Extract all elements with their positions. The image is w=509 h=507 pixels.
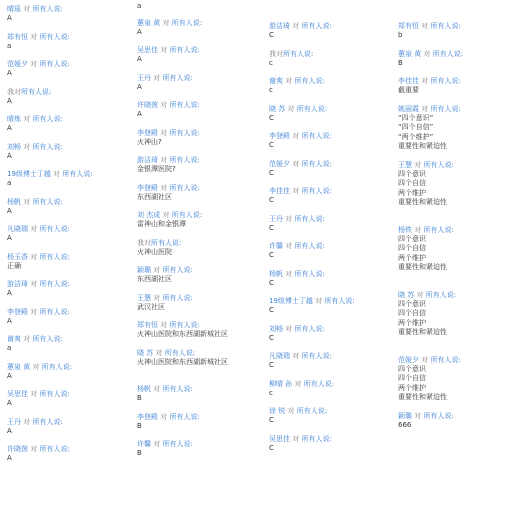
recipient-all[interactable]: 所有人说: (430, 77, 460, 85)
to-label: 对 (414, 412, 421, 420)
to-label: 对 (14, 88, 21, 96)
sender-name[interactable]: 郑有恒 (398, 22, 419, 30)
to-label: 对 (292, 435, 299, 443)
recipient-all[interactable]: 所有人说: (39, 390, 69, 398)
sender-name[interactable]: 吴思佳 (137, 46, 158, 54)
to-label: 对 (153, 440, 160, 448)
message-text: 重要性和紧迫性 (398, 142, 463, 152)
sender-name[interactable]: 柳晴 孙 (269, 380, 292, 388)
chat-message: 刘畅 对 所有人说:A (7, 143, 93, 162)
message-header: 李登殿 对 所有人说: (137, 129, 228, 138)
recipient-all[interactable]: 所有人说: (39, 60, 69, 68)
recipient-all[interactable]: 所有人说: (433, 50, 463, 58)
recipient-all[interactable]: 所有人说: (62, 170, 92, 178)
to-label: 对 (292, 160, 299, 168)
message-header: 游洁琦 对 所有人说: (269, 22, 355, 31)
message-text: C (269, 334, 355, 344)
recipient-all[interactable]: 所有人说: (423, 226, 453, 234)
recipient-all[interactable]: 所有人说: (294, 270, 324, 278)
recipient-all[interactable]: 所有人说: (32, 418, 62, 426)
recipient-all[interactable]: 所有人说: (162, 294, 192, 302)
sender-name[interactable]: 王丹 (269, 215, 283, 223)
message-header: 吴思佳 对 所有人说: (269, 435, 355, 444)
sender-name[interactable]: 杨帆 (137, 385, 151, 393)
sender-name[interactable]: 杨铁 (398, 226, 412, 234)
to-label: 对 (30, 445, 37, 453)
message-text: A (7, 289, 93, 299)
message-header: 蕙泉 黄 对 所有人说: (137, 19, 228, 28)
sender-name[interactable]: 许馨 (137, 440, 151, 448)
recipient-all[interactable]: 所有人说: (172, 19, 202, 27)
message-header: 李登殿 对 所有人说: (7, 308, 93, 317)
message-text: 火神山医院和东西湖新城社区 (137, 330, 228, 340)
message-header: 吴思佳 对 所有人说: (137, 46, 228, 55)
recipient-all[interactable]: 所有人说: (39, 33, 69, 41)
chat-message: 范娅夕 对 所有人说:A (7, 60, 93, 79)
message-header: 吴思佳 对 所有人说: (7, 390, 93, 399)
to-label: 对 (23, 335, 30, 343)
message-text: 四个自信 (398, 244, 463, 254)
recipient-all[interactable]: 所有人说: (430, 356, 460, 364)
chat-message: 王慧 对 所有人说:四个意识四个自信两个维护重要性和紧迫性 (398, 161, 463, 208)
sender-name[interactable]: 范娅夕 (398, 356, 419, 364)
to-label: 对 (153, 385, 160, 393)
to-label: 对 (153, 74, 160, 82)
recipient-all[interactable]: 所有人说: (169, 184, 199, 192)
recipient-all[interactable]: 所有人说: (304, 380, 334, 388)
sender-name[interactable]: 李佳佳 (269, 187, 290, 195)
sender-name[interactable]: 谢爽 (7, 335, 21, 343)
sender-name[interactable]: 范娅夕 (7, 60, 28, 68)
message-text: c (269, 86, 355, 96)
message-text: a (137, 2, 228, 12)
recipient-all[interactable]: 所有人说: (301, 22, 331, 30)
sender-name[interactable]: 范娅夕 (269, 160, 290, 168)
message-text: A (7, 234, 93, 244)
sender-name[interactable]: 王丹 (137, 74, 151, 82)
sender-name[interactable]: 颖璐 (398, 412, 412, 420)
sender-name[interactable]: 晴炼 (7, 115, 21, 123)
sender-name[interactable]: 颖璐 (137, 266, 151, 274)
message-text: C (269, 114, 355, 124)
recipient-all[interactable]: 所有人说: (283, 50, 313, 58)
chat-message: 王丹 对 所有人说:A (7, 418, 93, 437)
message-header: 许晓茵 对 所有人说: (7, 445, 93, 454)
message-header: 王丹 对 所有人说: (7, 418, 93, 427)
recipient-all[interactable]: 所有人说: (294, 325, 324, 333)
message-text: B (137, 422, 228, 432)
to-label: 对 (285, 270, 292, 278)
sender-name[interactable]: 晓 苏 (398, 291, 414, 299)
to-label: 对 (292, 22, 299, 30)
message-text: A (7, 14, 93, 24)
chat-message: 凡晓瑞 对 所有人说:A (7, 225, 93, 244)
message-header: 郑有恒 对 所有人说: (7, 33, 93, 42)
chat-message: 李登殿 对 所有人说:东西湖社区 (137, 184, 228, 203)
chat-message: 许馨 对 所有人说:B (137, 440, 228, 459)
to-label: 对 (162, 19, 169, 27)
recipient-all[interactable]: 所有人说: (423, 412, 453, 420)
sender-name[interactable]: 李登殿 (7, 308, 28, 316)
to-label: 对 (32, 363, 39, 371)
to-label: 对 (30, 33, 37, 41)
chat-message: 晓 苏 对 所有人说:火神山医院和东西湖新城社区 (137, 349, 228, 368)
chat-message: 谢爽 对 所有人说:a (7, 335, 93, 354)
recipient-all[interactable]: 所有人说: (39, 253, 69, 261)
sender-name[interactable]: 李登殿 (137, 413, 158, 421)
to-label: 对 (162, 211, 169, 219)
message-text: 雷神山和金银潭 (137, 220, 228, 230)
recipient-all[interactable]: 所有人说: (32, 5, 62, 13)
message-text: 两个维护 (398, 189, 463, 199)
message-header: 19级博士丁越 对 所有人说: (269, 297, 355, 306)
to-label: 对 (30, 390, 37, 398)
sender-name[interactable]: 凡晓瑞 (269, 352, 290, 360)
chat-message: 我对所有人说:c (269, 50, 355, 69)
chat-message: 蕙泉 黄 对 所有人说:A (137, 19, 228, 38)
message-header: 谢爽 对 所有人说: (269, 77, 355, 86)
message-header: 刘畅 对 所有人说: (7, 143, 93, 152)
message-text: A (7, 399, 93, 409)
to-label: 对 (160, 101, 167, 109)
message-text: A (137, 55, 228, 65)
sender-name[interactable]: 19级博士丁越 (269, 297, 313, 305)
recipient-all[interactable]: 所有人说: (172, 211, 202, 219)
sender-name[interactable]: 徐 锐 (269, 407, 285, 415)
to-label: 对 (287, 105, 294, 113)
sender-name[interactable]: 游洁琦 (137, 156, 158, 164)
chat-message: 游洁琦 对 所有人说:金银潭医院? (137, 156, 228, 175)
recipient-all[interactable]: 所有人说: (294, 77, 324, 85)
recipient-all[interactable]: 所有人说: (169, 129, 199, 137)
recipient-all[interactable]: 所有人说: (39, 280, 69, 288)
message-text: 四个意识 (398, 300, 463, 310)
recipient-all[interactable]: 所有人说: (169, 156, 199, 164)
to-label: 对 (423, 50, 430, 58)
sender-name: 我 (137, 239, 144, 247)
to-label: 对 (23, 115, 30, 123)
recipient-all[interactable]: 所有人说: (165, 349, 195, 357)
recipient-all[interactable]: 所有人说: (169, 321, 199, 329)
message-header: 杨玉香 对 所有人说: (7, 253, 93, 262)
message-header: 晓 苏 对 所有人说: (269, 105, 355, 114)
sender-name: 我 (7, 88, 14, 96)
to-label: 对 (160, 129, 167, 137)
recipient-all[interactable]: 所有人说: (169, 101, 199, 109)
chat-message: 郑有恒 对 所有人说:火神山医院和东西湖新城社区 (137, 321, 228, 340)
sender-name[interactable]: 李登殿 (137, 129, 158, 137)
sender-name[interactable]: 游洁琦 (7, 280, 28, 288)
message-text: C (269, 251, 355, 261)
chat-message: 19级博士丁越 对 所有人说:C (269, 297, 355, 316)
recipient-all[interactable]: 所有人说: (32, 198, 62, 206)
sender-name[interactable]: 刘 杰成 (137, 211, 160, 219)
sender-name[interactable]: 王慧 (137, 294, 151, 302)
message-header: 凡晓瑞 对 所有人说: (7, 225, 93, 234)
message-text: 四个自信 (398, 374, 463, 384)
chat-message: 吴思佳 对 所有人说:C (269, 435, 355, 454)
message-header: 晓 苏 对 所有人说: (137, 349, 228, 358)
message-text: A (7, 427, 93, 437)
message-header: 李登殿 对 所有人说: (137, 184, 228, 193)
to-label: 对 (160, 413, 167, 421)
message-text: C (269, 141, 355, 151)
chat-message: 王慧 对 所有人说:武汉社区 (137, 294, 228, 313)
chat-message: 许晓茵 对 所有人说:A (137, 101, 228, 120)
chat-column-3: 游洁琦 对 所有人说:C我对所有人说:c谢爽 对 所有人说:c晓 苏 对 所有人… (269, 22, 355, 462)
recipient-all[interactable]: 所有人说: (162, 74, 192, 82)
chat-message: 范娅夕 对 所有人说:C (269, 160, 355, 179)
chat-column-2: a蕙泉 黄 对 所有人说:A吴思佳 对 所有人说:A王丹 对 所有人说:A许晓茵… (137, 2, 228, 468)
recipient-all[interactable]: 所有人说: (301, 132, 331, 140)
chat-message: 李登殿 对 所有人说:A (7, 308, 93, 327)
recipient-all[interactable]: 所有人说: (162, 385, 192, 393)
chat-message: 晴炼 对 所有人说:A (7, 115, 93, 134)
to-label: 对 (285, 77, 292, 85)
message-text: A (7, 69, 93, 79)
chat-message: 颖璐 对 所有人说:东西湖社区 (137, 266, 228, 285)
message-header: 许馨 对 所有人说: (269, 242, 355, 251)
sender-name[interactable]: 许晓茵 (7, 445, 28, 453)
sender-name[interactable]: 王丹 (7, 418, 21, 426)
recipient-all[interactable]: 所有人说: (169, 46, 199, 54)
recipient-all[interactable]: 所有人说: (169, 413, 199, 421)
sender-name[interactable]: 吴思佳 (7, 390, 28, 398)
sender-name[interactable]: 吴思佳 (269, 435, 290, 443)
recipient-all[interactable]: 所有人说: (42, 363, 72, 371)
message-header: 刘畅 对 所有人说: (269, 325, 355, 334)
message-text: C (269, 31, 355, 41)
to-label: 对 (23, 418, 30, 426)
to-label: 对 (414, 161, 421, 169)
message-header: 19级博士丁越 对 所有人说: (7, 170, 93, 179)
message-text: A (7, 372, 93, 382)
message-header: 范娅夕 对 所有人说: (269, 160, 355, 169)
recipient-all[interactable]: 所有人说: (32, 115, 62, 123)
sender-name[interactable]: 蕙泉 黄 (398, 50, 421, 58)
chat-message: 许馨 对 所有人说:C (269, 242, 355, 261)
sender-name[interactable]: 许晓茵 (137, 101, 158, 109)
to-label: 对 (416, 291, 423, 299)
message-text: “四个自信” (398, 123, 463, 133)
message-header: 凡晓瑞 对 所有人说: (269, 352, 355, 361)
message-header: 杨帆 对 所有人说: (137, 385, 228, 394)
recipient-all[interactable]: 所有人说: (430, 22, 460, 30)
recipient-all[interactable]: 所有人说: (324, 297, 354, 305)
message-text: C (269, 416, 355, 426)
to-label: 对 (292, 187, 299, 195)
sender-name[interactable]: 谢爽 (269, 77, 283, 85)
chat-message: 刘畅 对 所有人说:C (269, 325, 355, 344)
chat-message: 晓 苏 对 所有人说:四个意识四个自信两个维护重要性和紧迫性 (398, 291, 463, 338)
message-text: 火神山医院 (137, 248, 228, 258)
recipient-all[interactable]: 所有人说: (32, 143, 62, 151)
recipient-all[interactable]: 所有人说: (39, 445, 69, 453)
to-label: 对 (23, 143, 30, 151)
chat-message: 游洁琦 对 所有人说:A (7, 280, 93, 299)
to-label: 对 (30, 225, 37, 233)
message-header: 我对所有人说: (137, 239, 228, 248)
to-label: 对 (155, 349, 162, 357)
message-header: 杨帆 对 所有人说: (269, 270, 355, 279)
message-text: A (7, 152, 93, 162)
sender-name[interactable]: 许馨 (269, 242, 283, 250)
chat-message: 范娅夕 对 所有人说:四个意识四个自信两个维护重要性和紧迫性 (398, 356, 463, 403)
message-text: C (269, 169, 355, 179)
recipient-all[interactable]: 所有人说: (294, 215, 324, 223)
sender-name[interactable]: 蕙泉 黄 (7, 363, 30, 371)
message-text: A (137, 28, 228, 38)
message-text: A (7, 317, 93, 327)
recipient-all[interactable]: 所有人说: (301, 352, 331, 360)
recipient-all[interactable]: 所有人说: (39, 308, 69, 316)
recipient-all[interactable]: 所有人说: (297, 105, 327, 113)
sender-name[interactable]: 凡晓瑞 (7, 225, 28, 233)
to-label: 对 (294, 380, 301, 388)
sender-name[interactable]: 姚丽霞 (398, 105, 419, 113)
message-text: c (269, 389, 355, 399)
sender-name[interactable]: 晓 苏 (269, 105, 285, 113)
message-header: 王慧 对 所有人说: (398, 161, 463, 170)
message-header: 我对所有人说: (7, 88, 93, 97)
to-label: 对 (53, 170, 60, 178)
recipient-all[interactable]: 所有人说: (294, 242, 324, 250)
message-text: C (269, 196, 355, 206)
message-text: B (137, 449, 228, 459)
to-label: 对 (160, 184, 167, 192)
message-header: 徐 锐 对 所有人说: (269, 407, 355, 416)
sender-name[interactable]: 李登殿 (137, 184, 158, 192)
chat-message: 吴思佳 对 所有人说:A (7, 390, 93, 409)
to-label: 对 (153, 294, 160, 302)
chat-message: 凡晓瑞 对 所有人说:C (269, 352, 355, 371)
chat-message: 游洁琦 对 所有人说:C (269, 22, 355, 41)
chat-message: 姚丽霞 对 所有人说:“四个意识”“四个自信”“两个维护”重要性和紧迫性 (398, 105, 463, 152)
message-text: B (137, 394, 228, 404)
message-header: 许晓茵 对 所有人说: (137, 101, 228, 110)
to-label: 对 (30, 253, 37, 261)
message-header: 范娅夕 对 所有人说: (398, 356, 463, 365)
to-label: 对 (285, 325, 292, 333)
chat-message: 王丹 对 所有人说:A (137, 74, 228, 93)
recipient-all[interactable]: 所有人说: (426, 291, 456, 299)
message-text: 四个意识 (398, 170, 463, 180)
message-text: c (269, 59, 355, 69)
sender-name[interactable]: 刘畅 (7, 143, 21, 151)
message-text: 重要性和紧迫性 (398, 198, 463, 208)
chat-column-1: 晴瑶 对 所有人说:A郑有恒 对 所有人说:a范娅夕 对 所有人说:A我对所有人… (7, 5, 93, 473)
chat-message: 杨帆 对 所有人说:C (269, 270, 355, 289)
chat-message: 杨帆 对 所有人说:B (137, 385, 228, 404)
message-text: 东西湖社区 (137, 275, 228, 285)
message-header: 李登殿 对 所有人说: (137, 413, 228, 422)
recipient-all[interactable]: 所有人说: (39, 225, 69, 233)
to-label: 对 (30, 280, 37, 288)
message-text: 两个维护 (398, 254, 463, 264)
sender-name[interactable]: 晴瑶 (7, 5, 21, 13)
message-text: A (7, 454, 93, 464)
to-label: 对 (160, 46, 167, 54)
chat-message: 李登殿 对 所有人说:B (137, 413, 228, 432)
chat-message: 杨铁 对 所有人说:四个意识四个自信两个维护重要性和紧迫性 (398, 226, 463, 273)
message-header: 李佳佳 对 所有人说: (269, 187, 355, 196)
message-header: 游洁琦 对 所有人说: (137, 156, 228, 165)
sender-name[interactable]: 19级博士丁越 (7, 170, 51, 178)
chat-message: 吴思佳 对 所有人说:A (137, 46, 228, 65)
to-label: 对 (160, 321, 167, 329)
chat-message: 晓 苏 对 所有人说:C (269, 105, 355, 124)
sender-name[interactable]: 游洁琦 (269, 22, 290, 30)
chat-message: 李登殿 对 所有人说:C (269, 132, 355, 151)
message-text: A (7, 124, 93, 134)
message-header: 王丹 对 所有人说: (137, 74, 228, 83)
message-header: 蕙泉 黄 对 所有人说: (7, 363, 93, 372)
sender-name[interactable]: 李佳佳 (398, 77, 419, 85)
message-text: A (137, 110, 228, 120)
sender-name[interactable]: 杨玉香 (7, 253, 28, 261)
to-label: 对 (421, 105, 428, 113)
recipient-all[interactable]: 所有人说: (430, 105, 460, 113)
message-header: 谢爽 对 所有人说: (7, 335, 93, 344)
to-label: 对 (144, 239, 151, 247)
message-text: a (7, 42, 93, 52)
sender-name[interactable]: 晓 苏 (137, 349, 153, 357)
sender-name[interactable]: 郑有恒 (137, 321, 158, 329)
to-label: 对 (287, 407, 294, 415)
sender-name[interactable]: 李登殿 (269, 132, 290, 140)
to-label: 对 (276, 50, 283, 58)
recipient-all[interactable]: 所有人说: (423, 161, 453, 169)
message-text: C (269, 224, 355, 234)
chat-message: 杨玉香 对 所有人说:正确 (7, 253, 93, 272)
recipient-all[interactable]: 所有人说: (301, 187, 331, 195)
to-label: 对 (315, 297, 322, 305)
message-header: 许馨 对 所有人说: (137, 440, 228, 449)
recipient-all[interactable]: 所有人说: (162, 440, 192, 448)
message-text: 重要性和紧迫性 (398, 328, 463, 338)
message-header: 柳晴 孙 对 所有人说: (269, 380, 355, 389)
message-header: 杨铁 对 所有人说: (398, 226, 463, 235)
to-label: 对 (23, 198, 30, 206)
sender-name[interactable]: 王慧 (398, 161, 412, 169)
sender-name[interactable]: 刘畅 (269, 325, 283, 333)
chat-message: 杨帆 对 所有人说:A (7, 198, 93, 217)
sender-name[interactable]: 杨帆 (269, 270, 283, 278)
recipient-all[interactable]: 所有人说: (301, 435, 331, 443)
recipient-all[interactable]: 所有人说: (297, 407, 327, 415)
recipient-all[interactable]: 所有人说: (21, 88, 51, 96)
to-label: 对 (421, 356, 428, 364)
recipient-all[interactable]: 所有人说: (162, 266, 192, 274)
message-text: 重要性和紧迫性 (398, 263, 463, 273)
sender-name[interactable]: 杨帆 (7, 198, 21, 206)
sender-name[interactable]: 郑有恒 (7, 33, 28, 41)
message-header: 我对所有人说: (269, 50, 355, 59)
message-text: 四个自信 (398, 309, 463, 319)
message-text: b (398, 31, 463, 41)
recipient-all[interactable]: 所有人说: (32, 335, 62, 343)
message-header: 姚丽霞 对 所有人说: (398, 105, 463, 114)
recipient-all[interactable]: 所有人说: (151, 239, 181, 247)
recipient-all[interactable]: 所有人说: (301, 160, 331, 168)
sender-name[interactable]: 蕙泉 黄 (137, 19, 160, 27)
to-label: 对 (285, 215, 292, 223)
message-header: 刘 杰成 对 所有人说: (137, 211, 228, 220)
message-text: 金银潭医院? (137, 165, 228, 175)
message-text: 截重要 (398, 86, 463, 96)
to-label: 对 (285, 242, 292, 250)
to-label: 对 (421, 77, 428, 85)
